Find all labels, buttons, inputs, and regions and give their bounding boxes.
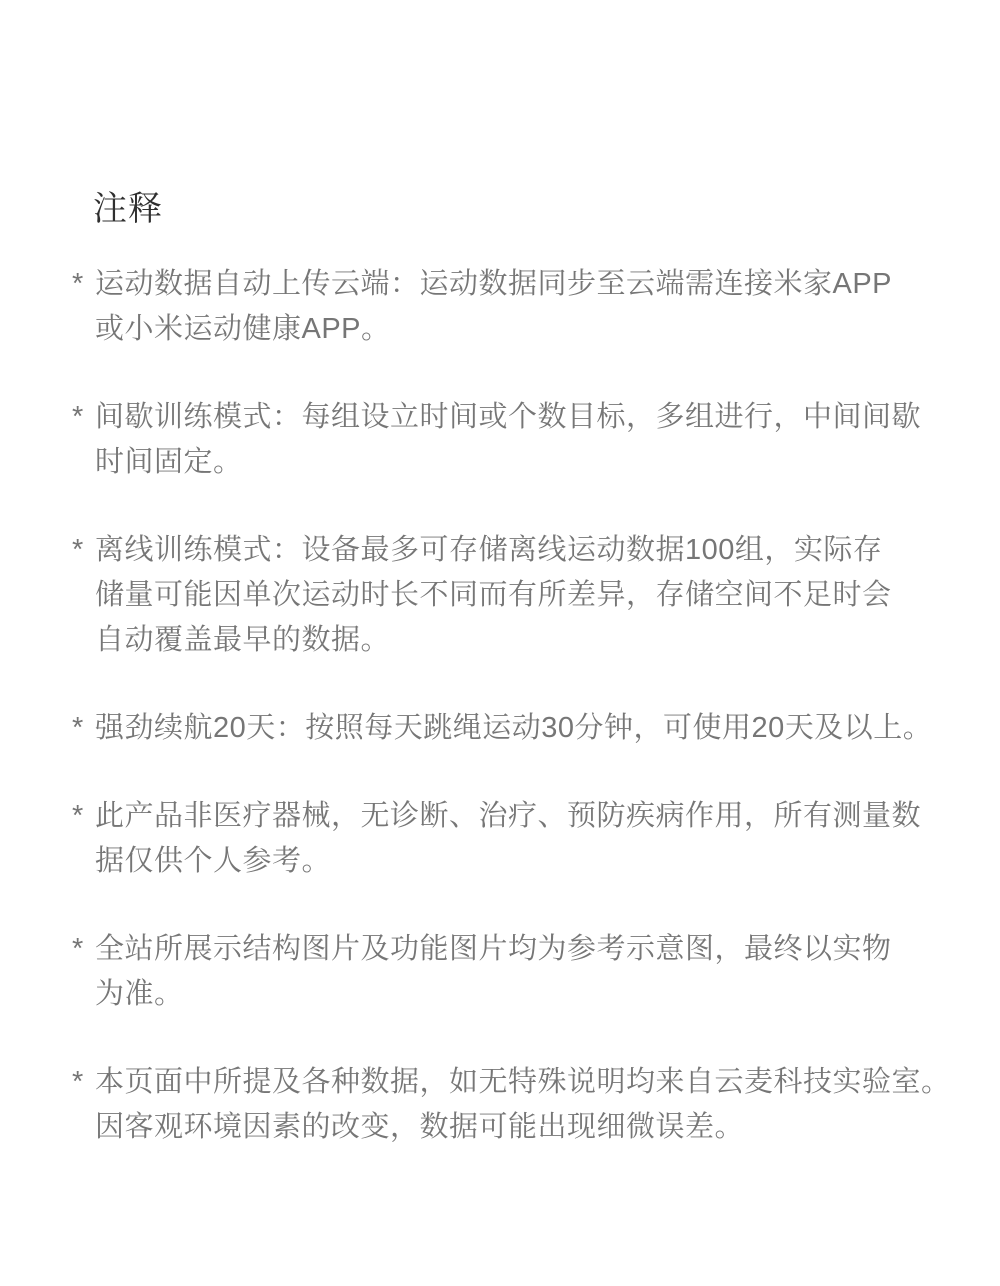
note-bullet-marker: * xyxy=(72,1060,95,1105)
note-line: 储量可能因单次运动时长不同而有所差异，存储空间不足时会 xyxy=(95,573,940,618)
note-item: *离线训练模式：设备最多可存储离线运动数据100组，实际存储量可能因单次运动时长… xyxy=(72,528,940,663)
notes-page: 注释 *运动数据自动上传云端：运动数据同步至云端需连接米家APP或小米运动健康A… xyxy=(0,0,1000,1286)
note-line: 自动覆盖最早的数据。 xyxy=(95,618,940,663)
note-text: 间歇训练模式：每组设立时间或个数目标，多组进行，中间间歇时间固定。 xyxy=(95,395,940,485)
note-bullet-marker: * xyxy=(72,528,95,573)
note-text: 全站所展示结构图片及功能图片均为参考示意图，最终以实物为准。 xyxy=(95,927,940,1017)
note-line: 强劲续航20天：按照每天跳绳运动30分钟，可使用20天及以上。 xyxy=(95,706,940,751)
page-title: 注释 xyxy=(93,188,940,230)
note-bullet-marker: * xyxy=(72,706,95,751)
note-line: 因客观环境因素的改变，数据可能出现细微误差。 xyxy=(95,1105,951,1150)
note-line: 间歇训练模式：每组设立时间或个数目标，多组进行，中间间歇 xyxy=(95,395,940,440)
note-item: *运动数据自动上传云端：运动数据同步至云端需连接米家APP或小米运动健康APP。 xyxy=(72,262,940,352)
note-line: 据仅供个人参考。 xyxy=(95,839,940,884)
note-line: 全站所展示结构图片及功能图片均为参考示意图，最终以实物 xyxy=(95,927,940,972)
note-item: *本页面中所提及各种数据，如无特殊说明均来自云麦科技实验室。因客观环境因素的改变… xyxy=(72,1060,940,1150)
note-line: 此产品非医疗器械，无诊断、治疗、预防疾病作用，所有测量数 xyxy=(95,794,940,839)
note-line: 为准。 xyxy=(95,972,940,1017)
note-text: 运动数据自动上传云端：运动数据同步至云端需连接米家APP或小米运动健康APP。 xyxy=(95,262,940,352)
note-bullet-marker: * xyxy=(72,927,95,972)
note-item: *此产品非医疗器械，无诊断、治疗、预防疾病作用，所有测量数据仅供个人参考。 xyxy=(72,794,940,884)
note-bullet-marker: * xyxy=(72,262,95,307)
note-item: *全站所展示结构图片及功能图片均为参考示意图，最终以实物为准。 xyxy=(72,927,940,1017)
note-text: 离线训练模式：设备最多可存储离线运动数据100组，实际存储量可能因单次运动时长不… xyxy=(95,528,940,663)
note-line: 离线训练模式：设备最多可存储离线运动数据100组，实际存 xyxy=(95,528,940,573)
note-line: 运动数据自动上传云端：运动数据同步至云端需连接米家APP xyxy=(95,262,940,307)
note-text: 本页面中所提及各种数据，如无特殊说明均来自云麦科技实验室。因客观环境因素的改变，… xyxy=(95,1060,951,1150)
notes-list: *运动数据自动上传云端：运动数据同步至云端需连接米家APP或小米运动健康APP。… xyxy=(72,262,940,1150)
note-line: 本页面中所提及各种数据，如无特殊说明均来自云麦科技实验室。 xyxy=(95,1060,951,1105)
note-bullet-marker: * xyxy=(72,395,95,440)
note-item: *强劲续航20天：按照每天跳绳运动30分钟，可使用20天及以上。 xyxy=(72,706,940,751)
note-text: 此产品非医疗器械，无诊断、治疗、预防疾病作用，所有测量数据仅供个人参考。 xyxy=(95,794,940,884)
note-line: 或小米运动健康APP。 xyxy=(95,307,940,352)
note-bullet-marker: * xyxy=(72,794,95,839)
note-item: *间歇训练模式：每组设立时间或个数目标，多组进行，中间间歇时间固定。 xyxy=(72,395,940,485)
note-line: 时间固定。 xyxy=(95,440,940,485)
note-text: 强劲续航20天：按照每天跳绳运动30分钟，可使用20天及以上。 xyxy=(95,706,940,751)
